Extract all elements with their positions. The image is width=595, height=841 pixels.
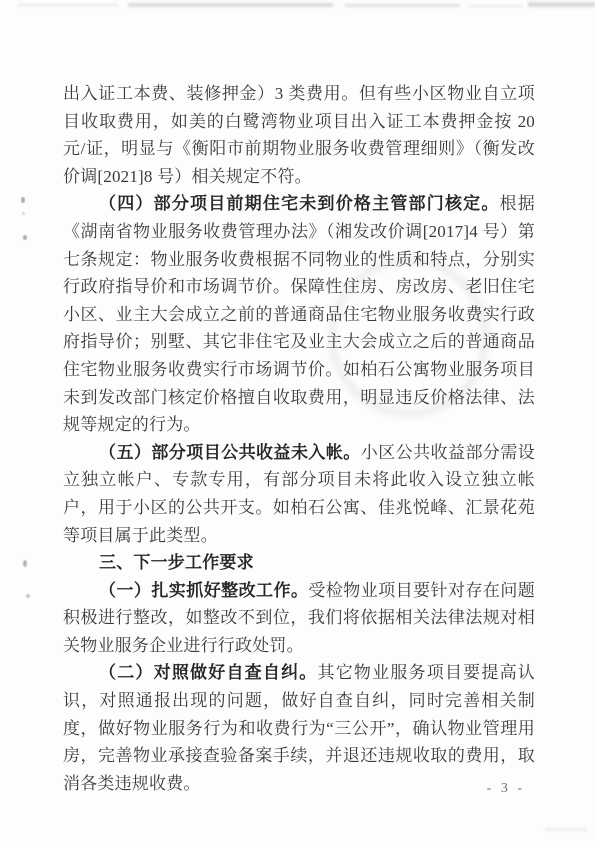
document-body: 出入证工本费、装修押金）3 类费用。但有些小区物业自立项目收取费用，如美的白鹭湾… (63, 80, 535, 797)
body-paragraph: 出入证工本费、装修押金）3 类费用。但有些小区物业自立项目收取费用，如美的白鹭湾… (63, 80, 535, 190)
scan-noise-streak (18, 4, 118, 6)
paragraph-text: 出入证工本费、装修押金）3 类费用。但有些小区物业自立项目收取费用，如美的白鹭湾… (63, 84, 535, 186)
page-number: - 3 - (487, 781, 525, 797)
section-heading: 三、下一步工作要求 (63, 549, 535, 577)
section-heading-text: 三、下一步工作要求 (99, 553, 254, 572)
paragraph-text: 其它物业服务项目要提高认识，对照通报出现的问题，做好自查自纠，同时完善相关制度，… (63, 663, 535, 792)
scan-noise-streak (345, 4, 460, 7)
ink-speck (23, 560, 27, 567)
body-paragraph: （四）部分项目前期住宅未到价格主管部门核定。根据《湖南省物业服务收费管理办法》（… (63, 190, 535, 438)
paragraph-lead: （二）对照做好自查自纠。 (99, 663, 318, 682)
ink-speck (23, 235, 27, 240)
scan-noise-streak (468, 5, 523, 7)
body-paragraph: （一）扎实抓好整改工作。受检物业项目要针对存在问题积极进行整改，如整改不到位，我… (63, 577, 535, 660)
paragraph-lead: （四）部分项目前期住宅未到价格主管部门核定。 (99, 194, 500, 213)
ink-speck (22, 212, 25, 215)
body-paragraph: （五）部分项目公共收益未入帐。小区公共收益部分需设立独立帐户、专款专用，有部分项… (63, 439, 535, 549)
ink-speck (26, 594, 30, 598)
body-paragraph: （二）对照做好自查自纠。其它物业服务项目要提高认识，对照通报出现的问题，做好自查… (63, 659, 535, 797)
document-page: 出入证工本费、装修押金）3 类费用。但有些小区物业自立项目收取费用，如美的白鹭湾… (0, 0, 595, 841)
paragraph-lead: （五）部分项目公共收益未入帐。 (99, 443, 361, 462)
scan-noise-streak (128, 3, 333, 7)
paragraph-lead: （一）扎实抓好整改工作。 (99, 581, 308, 600)
paragraph-text: 根据《湖南省物业服务收费管理办法》（湘发改价调[2017]4 号）第七条规定：物… (63, 194, 535, 434)
scan-noise-streak (528, 2, 595, 7)
scan-noise-streak (545, 828, 587, 831)
ink-speck (21, 197, 25, 203)
